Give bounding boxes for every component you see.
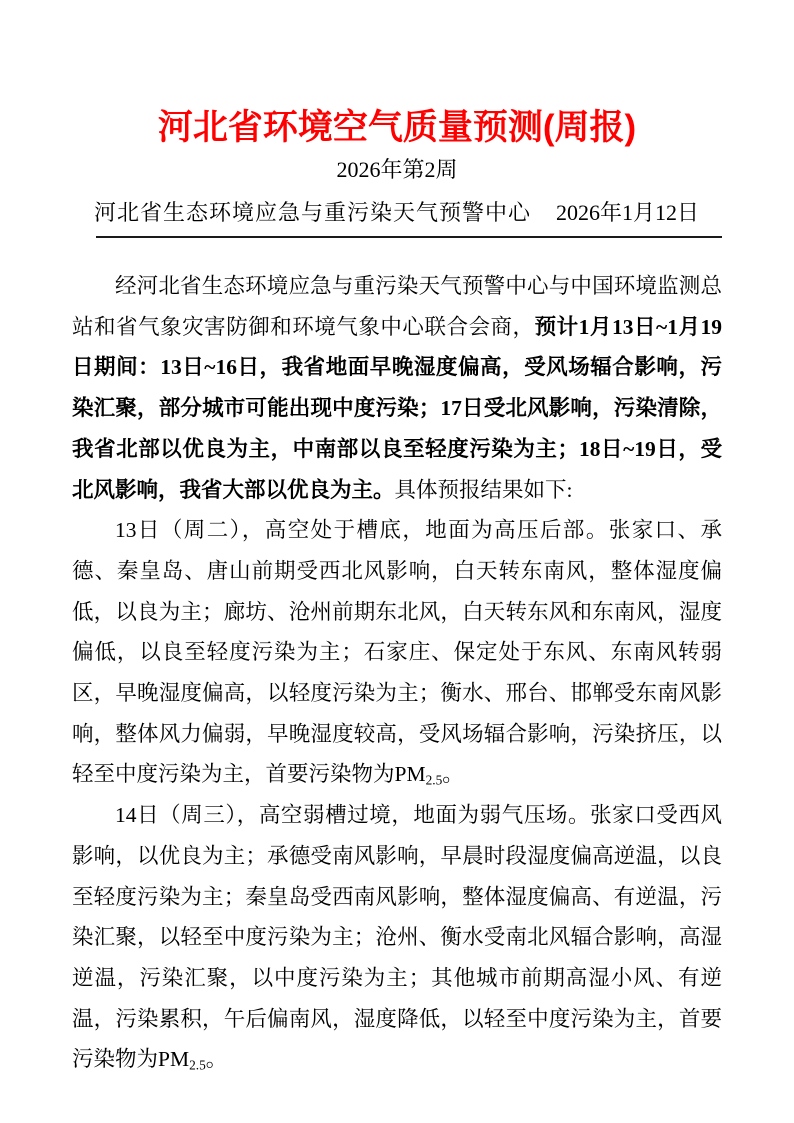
- text-run: 14日（周三），高空弱槽过境，地面为弱气压场。张家口受西风影响，以优良为主；承德…: [72, 803, 722, 1071]
- bold-run: 预计1月13日~1月19日期间：13日~16日，我省地面早晚湿度偏高，受风场辐合…: [72, 315, 722, 502]
- issue-date: 2026年1月12日: [556, 200, 699, 226]
- issuer-name: 河北省生态环境应急与重污染天气预警中心: [94, 200, 531, 226]
- issuer-row: 河北省生态环境应急与重污染天气预警中心 2026年1月12日: [72, 200, 722, 226]
- text-run: 。: [206, 1047, 228, 1071]
- text-run: 13日（周二），高空处于槽底，地面为高压后部。张家口、承德、秦皇岛、唐山前期受西…: [72, 518, 722, 786]
- page-title: 河北省环境空气质量预测(周报): [72, 0, 722, 150]
- header-divider: [96, 236, 722, 238]
- text-run: 。: [442, 762, 464, 786]
- week-subtitle: 2026年第2周: [72, 156, 722, 184]
- paragraph: 经河北省生态环境应急与重污染天气预警中心与中国环境监测总站和省气象灾害防御和环境…: [72, 266, 722, 510]
- paragraph: 13日（周二），高空处于槽底，地面为高压后部。张家口、承德、秦皇岛、唐山前期受西…: [72, 510, 722, 795]
- paragraph: 14日（周三），高空弱槽过境，地面为弱气压场。张家口受西风影响，以优良为主；承德…: [72, 795, 722, 1080]
- subscript-text: 2.5: [426, 773, 443, 788]
- text-run: 具体预报结果如下:: [395, 478, 573, 502]
- subscript-text: 2.5: [189, 1058, 206, 1073]
- report-page: 河北省环境空气质量预测(周报) 2026年第2周 河北省生态环境应急与重污染天气…: [0, 0, 794, 1123]
- document-body: 经河北省生态环境应急与重污染天气预警中心与中国环境监测总站和省气象灾害防御和环境…: [72, 266, 722, 1080]
